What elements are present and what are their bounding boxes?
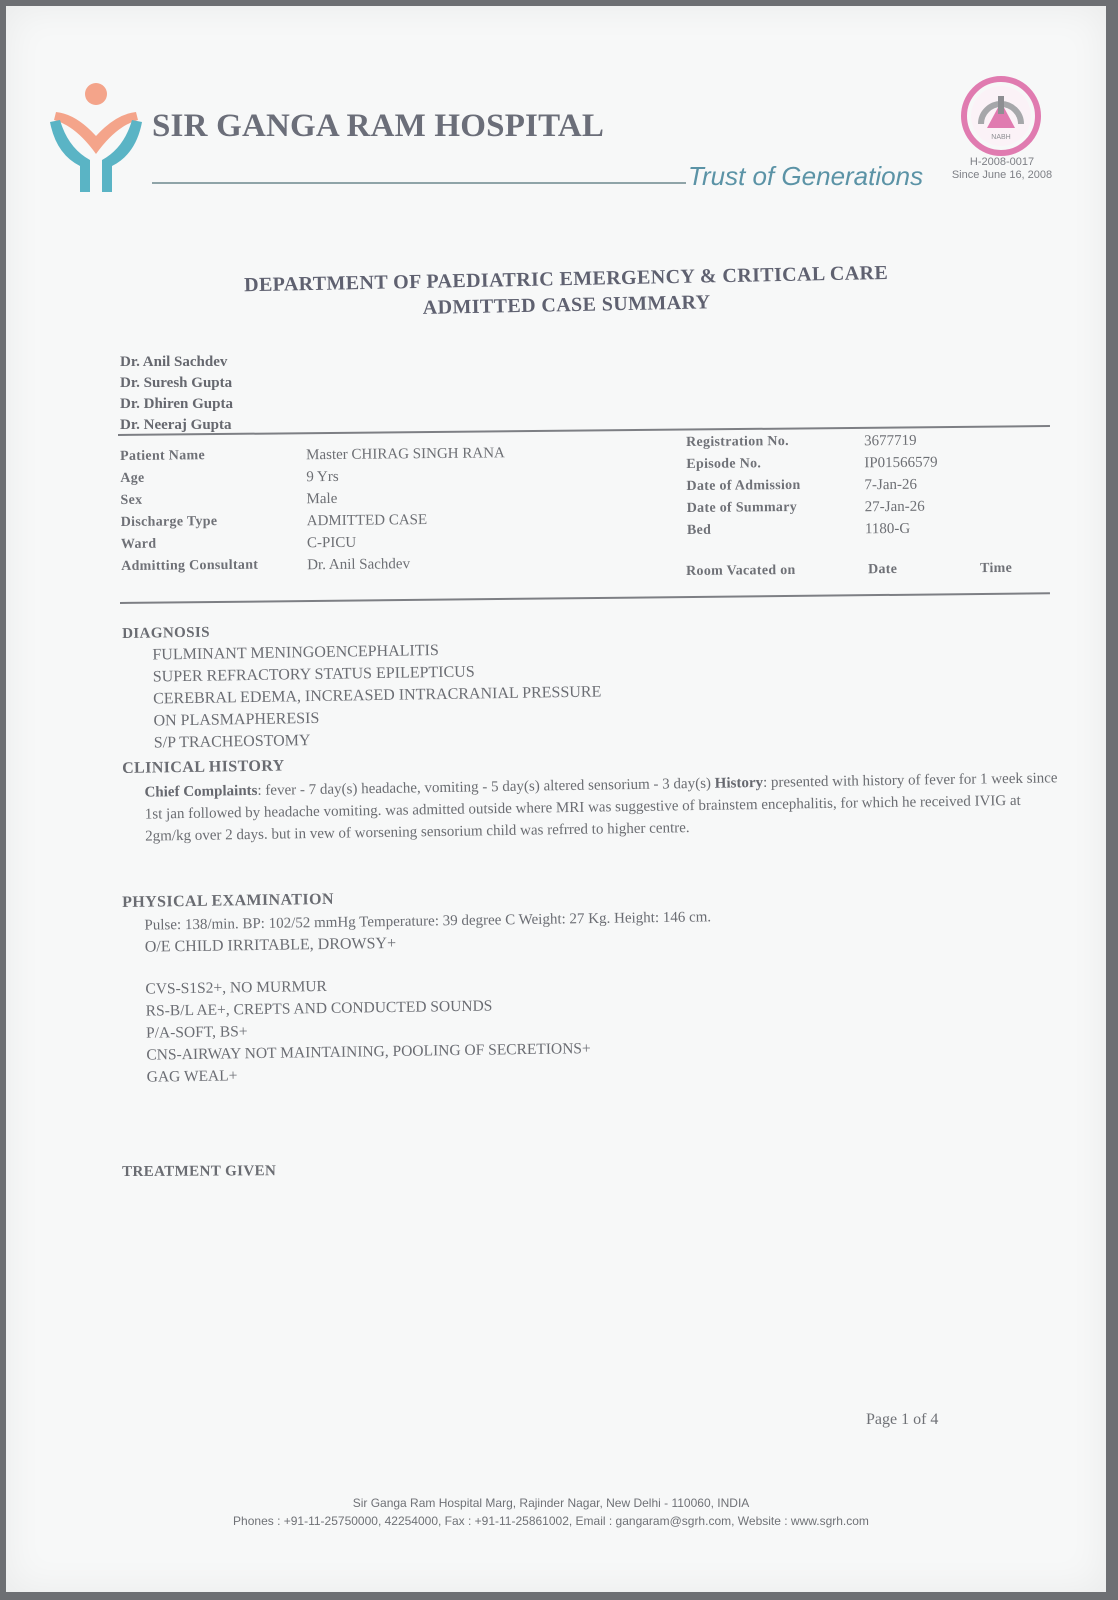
doctor-name: Dr. Anil Sachdev — [120, 352, 233, 373]
admission-date-value: 7-Jan-26 — [864, 476, 917, 494]
patient-info-left: Patient Name Master CHIRAG SINGH RANA Ag… — [120, 442, 506, 578]
footer: Sir Ganga Ram Hospital Marg, Rajinder Na… — [6, 1494, 1096, 1530]
chief-complaints-text: : fever - 7 day(s) headache, vomiting - … — [257, 776, 715, 799]
info-label: Bed — [687, 521, 865, 539]
info-label: Ward — [121, 535, 307, 553]
room-vacated-label: Room Vacated on — [686, 562, 868, 580]
episode-no-value: IP01566579 — [864, 454, 938, 472]
room-vacated-row: Room Vacated on Date Time — [686, 561, 1046, 580]
info-label: Admitting Consultant — [121, 557, 307, 575]
doctor-list: Dr. Anil Sachdev Dr. Suresh Gupta Dr. Dh… — [120, 352, 233, 436]
chief-complaints-label: Chief Complaints — [144, 783, 257, 801]
room-vacated-time-label: Time — [980, 561, 1012, 577]
info-label: Discharge Type — [121, 513, 307, 531]
info-row: Bed 1180-G — [687, 518, 939, 542]
history-label: History — [715, 775, 764, 792]
diagnosis-list: FULMINANT MENINGOENCEPHALITIS SUPER REFR… — [152, 637, 602, 754]
discharge-type-value: ADMITTED CASE — [307, 512, 428, 530]
divider — [120, 592, 1050, 604]
info-row: Episode No. IP01566579 — [686, 452, 938, 476]
info-label: Episode No. — [686, 455, 864, 473]
tagline: Trust of Generations — [688, 161, 923, 192]
clinical-history-text: Chief Complaints: fever - 7 day(s) heada… — [144, 767, 1060, 847]
nabh-accreditation-icon: NABH — [961, 76, 1041, 156]
info-row: Date of Admission 7-Jan-26 — [686, 474, 938, 498]
sex-value: Male — [306, 490, 337, 507]
systemic-exam-list: CVS-S1S2+, NO MURMUR RS-B/L AE+, CREPTS … — [145, 970, 713, 1088]
info-label: Date of Summary — [687, 499, 865, 517]
patient-name-value: Master CHIRAG SINGH RANA — [306, 445, 505, 464]
hospital-name: SIR GANGA RAM HOSPITAL — [152, 108, 604, 145]
treatment-heading: TREATMENT GIVEN — [122, 1163, 276, 1181]
room-vacated-date-label: Date — [868, 561, 980, 578]
clinical-history-section: CLINICAL HISTORY Chief Complaints: fever… — [122, 745, 1060, 848]
consultant-value: Dr. Anil Sachdev — [307, 556, 410, 574]
diagnosis-section: DIAGNOSIS FULMINANT MENINGOENCEPHALITIS … — [122, 618, 602, 754]
hospital-logo-icon — [46, 74, 146, 194]
registration-no-value: 3677719 — [864, 432, 917, 450]
document-title: DEPARTMENT OF PAEDIATRIC EMERGENCY & CRI… — [156, 260, 977, 325]
treatment-section: TREATMENT GIVEN — [122, 1163, 276, 1181]
header-rule — [152, 182, 686, 184]
page-number: Page 1 of 4 — [866, 1411, 938, 1429]
info-label: Patient Name — [120, 447, 306, 465]
ward-value: C-PICU — [307, 534, 356, 551]
footer-contact: Phones : +91-11-25750000, 42254000, Fax … — [6, 1512, 1096, 1530]
info-row: Date of Summary 27-Jan-26 — [687, 496, 939, 520]
bed-value: 1180-G — [865, 520, 910, 537]
svg-text:NABH: NABH — [991, 134, 1010, 141]
info-label: Registration No. — [686, 433, 864, 451]
doctor-name: Dr. Dhiren Gupta — [120, 394, 233, 415]
info-label: Age — [120, 469, 306, 487]
accreditation-info: H-2008-0017 Since June 16, 2008 — [942, 156, 1062, 182]
document-page: SIR GANGA RAM HOSPITAL Trust of Generati… — [6, 6, 1106, 1592]
info-label: Date of Admission — [686, 477, 864, 495]
info-row: Registration No. 3677719 — [686, 430, 938, 454]
info-label: Sex — [120, 491, 306, 509]
info-row: Admitting Consultant Dr. Anil Sachdev — [121, 552, 506, 578]
doctor-name: Dr. Suresh Gupta — [120, 373, 233, 394]
accreditation-since: Since June 16, 2008 — [942, 169, 1062, 182]
accreditation-code: H-2008-0017 — [942, 156, 1062, 169]
patient-info-right: Registration No. 3677719 Episode No. IP0… — [686, 430, 938, 542]
footer-address: Sir Ganga Ram Hospital Marg, Rajinder Na… — [6, 1494, 1096, 1512]
summary-date-value: 27-Jan-26 — [865, 498, 925, 516]
physical-exam-section: PHYSICAL EXAMINATION Pulse: 138/min. BP:… — [122, 885, 714, 1089]
age-value: 9 Yrs — [306, 468, 339, 485]
